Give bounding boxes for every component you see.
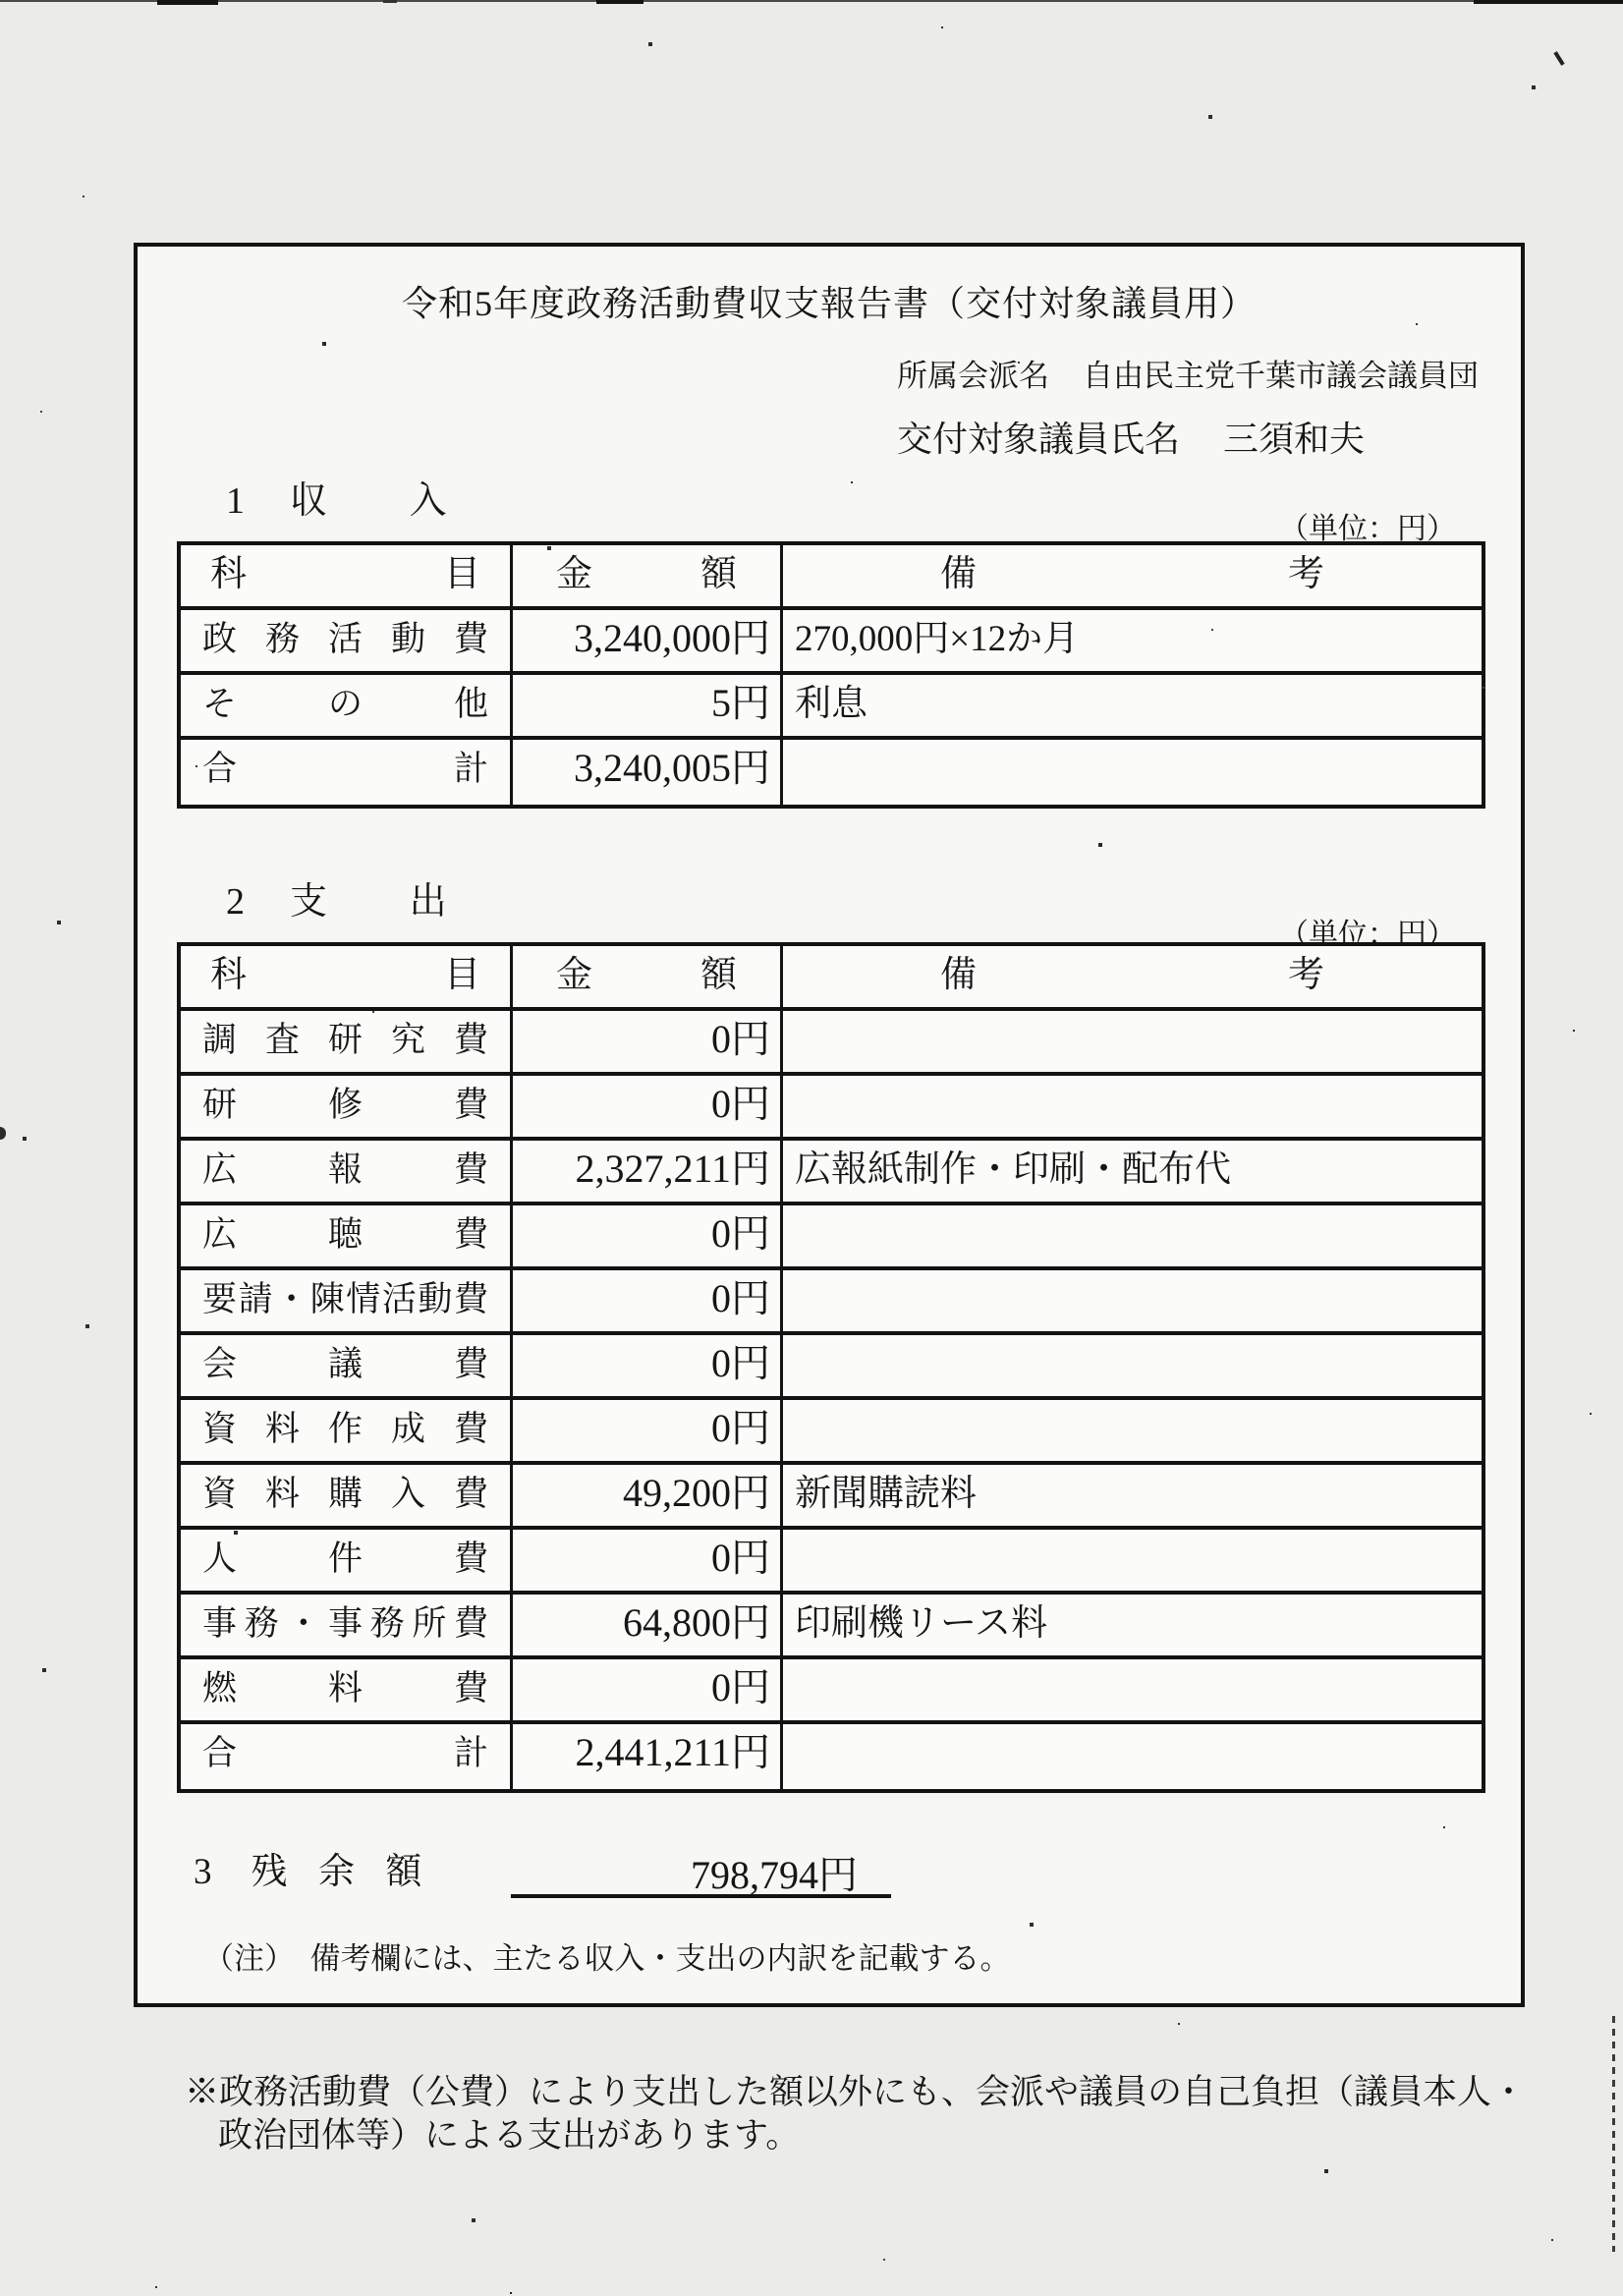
expense-item-label: 広聴費 — [181, 1205, 513, 1266]
expense-item-amount: 0円 — [513, 1076, 783, 1137]
balance-underline — [511, 1894, 891, 1898]
expense-item-amount: 0円 — [513, 1011, 783, 1072]
expense-item-note — [783, 1530, 1482, 1591]
scan-top-mark — [596, 0, 644, 4]
expense-item-note — [783, 1400, 1482, 1461]
income-row-sonota: その他 5円 利息 — [181, 675, 1482, 740]
scan-corner-mark — [1553, 51, 1564, 66]
expense-item-label: 要請・陳情活動費 — [181, 1270, 513, 1331]
income-item-note: 利息 — [783, 675, 1482, 736]
expense-total-note — [783, 1724, 1482, 1789]
expense-item-label: 広報費 — [181, 1141, 513, 1202]
expense-row-shiryosakuseihi: 資料作成費 0円 — [181, 1400, 1482, 1465]
income-section-number: 1 — [226, 480, 245, 522]
expense-item-label: 研修費 — [181, 1076, 513, 1137]
balance-amount: 798,794円 — [511, 1844, 891, 1900]
expense-col-item: 科目 — [181, 946, 513, 1007]
member-name: 三須和夫 — [1223, 412, 1365, 462]
footnote-line-2: 政治団体等）による支出があります。 — [218, 2108, 800, 2157]
income-header-row: 科目 金額 備考 — [181, 545, 1482, 610]
expense-row-kochohi: 広聴費 0円 — [181, 1205, 1482, 1270]
expense-total-amount: 2,441,211円 — [513, 1724, 783, 1789]
expense-item-label: 調査研究費 — [181, 1011, 513, 1072]
income-total-amount: 3,240,005円 — [513, 740, 783, 805]
expense-item-note: 印刷機リース料 — [783, 1595, 1482, 1655]
expense-total-label: 合計 — [181, 1724, 513, 1789]
expense-row-jinkenhi: 人件費 0円 — [181, 1530, 1482, 1595]
expense-item-label: 資料購入費 — [181, 1465, 513, 1526]
expense-item-label: 資料作成費 — [181, 1400, 513, 1461]
faction-name: 自由民主党千葉市議会議員団 — [1083, 351, 1479, 395]
expense-item-amount: 64,800円 — [513, 1595, 783, 1655]
expense-col-amount: 金額 — [513, 946, 783, 1007]
income-total-label: 合計 — [181, 740, 513, 805]
income-item-label: 政務活動費 — [181, 610, 513, 671]
expense-row-chosakenkyuhi: 調査研究費 0円 — [181, 1011, 1482, 1076]
expense-item-label: 会議費 — [181, 1335, 513, 1396]
expense-item-note — [783, 1076, 1482, 1137]
expense-col-note: 備考 — [783, 946, 1482, 1007]
expense-row-jimu-jimushohi: 事務・事務所費 64,800円 印刷機リース料 — [181, 1595, 1482, 1659]
expense-item-amount: 0円 — [513, 1205, 783, 1266]
expense-row-yosei-chinjo: 要請・陳情活動費 0円 — [181, 1270, 1482, 1335]
expense-row-kohohi: 広報費 2,327,211円 広報紙制作・印刷・配布代 — [181, 1141, 1482, 1205]
balance-section-number: 3 — [194, 1852, 212, 1892]
expense-section-title: 支出 — [290, 881, 529, 923]
expense-row-shiryokonyuhi: 資料購入費 49,200円 新聞購読料 — [181, 1465, 1482, 1530]
scan-edge-mark — [0, 1127, 6, 1140]
footnote-line-1: ※政務活動費（公費）により支出した額以外にも、会派や議員の自己負担（議員本人・ — [185, 2065, 1526, 2114]
remark-note: （注） 備考欄には、主たる収入・支出の内訳を記載する。 — [203, 1933, 1011, 1978]
scan-top-edge-line — [0, 0, 1623, 2]
income-item-label: その他 — [181, 675, 513, 736]
scan-top-mark — [383, 0, 397, 3]
expense-section-heading: 2支出 — [226, 870, 529, 924]
expense-row-kenshuhi: 研修費 0円 — [181, 1076, 1482, 1141]
expense-item-label: 人件費 — [181, 1530, 513, 1591]
member-line: 交付対象議員氏名 三須和夫 — [897, 412, 1365, 462]
scan-top-mark — [1474, 0, 1623, 4]
income-item-amount: 3,240,000円 — [513, 610, 783, 671]
income-table: 科目 金額 備考 政務活動費 3,240,000円 270,000円×12か月 … — [177, 541, 1485, 809]
income-item-amount: 5円 — [513, 675, 783, 736]
expense-item-note — [783, 1011, 1482, 1072]
expense-item-amount: 0円 — [513, 1335, 783, 1396]
expense-item-label: 事務・事務所費 — [181, 1595, 513, 1655]
income-col-amount: 金額 — [513, 545, 783, 606]
expense-item-amount: 49,200円 — [513, 1465, 783, 1526]
expense-item-amount: 2,327,211円 — [513, 1141, 783, 1202]
expense-row-nenryohi: 燃料費 0円 — [181, 1659, 1482, 1724]
member-label: 交付対象議員氏名 — [897, 412, 1180, 462]
expense-item-note — [783, 1335, 1482, 1396]
expense-item-amount: 0円 — [513, 1530, 783, 1591]
report-border-frame: 令和5年度政務活動費収支報告書（交付対象議員用） 所属会派名 自由民主党千葉市議… — [134, 243, 1525, 2007]
income-col-note: 備考 — [783, 545, 1482, 606]
expense-row-kaigihi: 会議費 0円 — [181, 1335, 1482, 1400]
income-row-total: 合計 3,240,005円 — [181, 740, 1482, 805]
scanned-report-page: 令和5年度政務活動費収支報告書（交付対象議員用） 所属会派名 自由民主党千葉市議… — [0, 0, 1623, 2296]
expense-section-number: 2 — [226, 881, 245, 923]
expense-item-note: 新聞購読料 — [783, 1465, 1482, 1526]
income-section-title: 収入 — [290, 480, 529, 522]
faction-label: 所属会派名 — [897, 351, 1049, 395]
expense-item-note — [783, 1659, 1482, 1720]
expense-item-note: 広報紙制作・印刷・配布代 — [783, 1141, 1482, 1202]
expense-item-amount: 0円 — [513, 1659, 783, 1720]
income-total-note — [783, 740, 1482, 805]
income-row-seimukatsudohi: 政務活動費 3,240,000円 270,000円×12か月 — [181, 610, 1482, 675]
balance-label: 残余額 — [252, 1852, 453, 1892]
expense-item-note — [783, 1205, 1482, 1266]
expense-item-note — [783, 1270, 1482, 1331]
expense-table: 科目 金額 備考 調査研究費 0円 研修費 0円 広報費 2,327,211円 … — [177, 942, 1485, 1793]
income-item-note: 270,000円×12か月 — [783, 610, 1482, 671]
scan-noise-speckles — [0, 0, 2, 2]
expense-row-total: 合計 2,441,211円 — [181, 1724, 1482, 1789]
expense-item-label: 燃料費 — [181, 1659, 513, 1720]
report-title: 令和5年度政務活動費収支報告書（交付対象議員用） — [138, 276, 1521, 326]
income-section-heading: 1収入 — [226, 470, 529, 524]
expense-header-row: 科目 金額 備考 — [181, 946, 1482, 1011]
scan-top-mark — [157, 0, 218, 5]
expense-item-amount: 0円 — [513, 1270, 783, 1331]
expense-item-amount: 0円 — [513, 1400, 783, 1461]
balance-section-heading: 3残余額 — [194, 1841, 453, 1894]
income-col-item: 科目 — [181, 545, 513, 606]
scan-dashed-line-artifact — [1612, 2016, 1615, 2252]
faction-line: 所属会派名 自由民主党千葉市議会議員団 — [897, 351, 1479, 395]
